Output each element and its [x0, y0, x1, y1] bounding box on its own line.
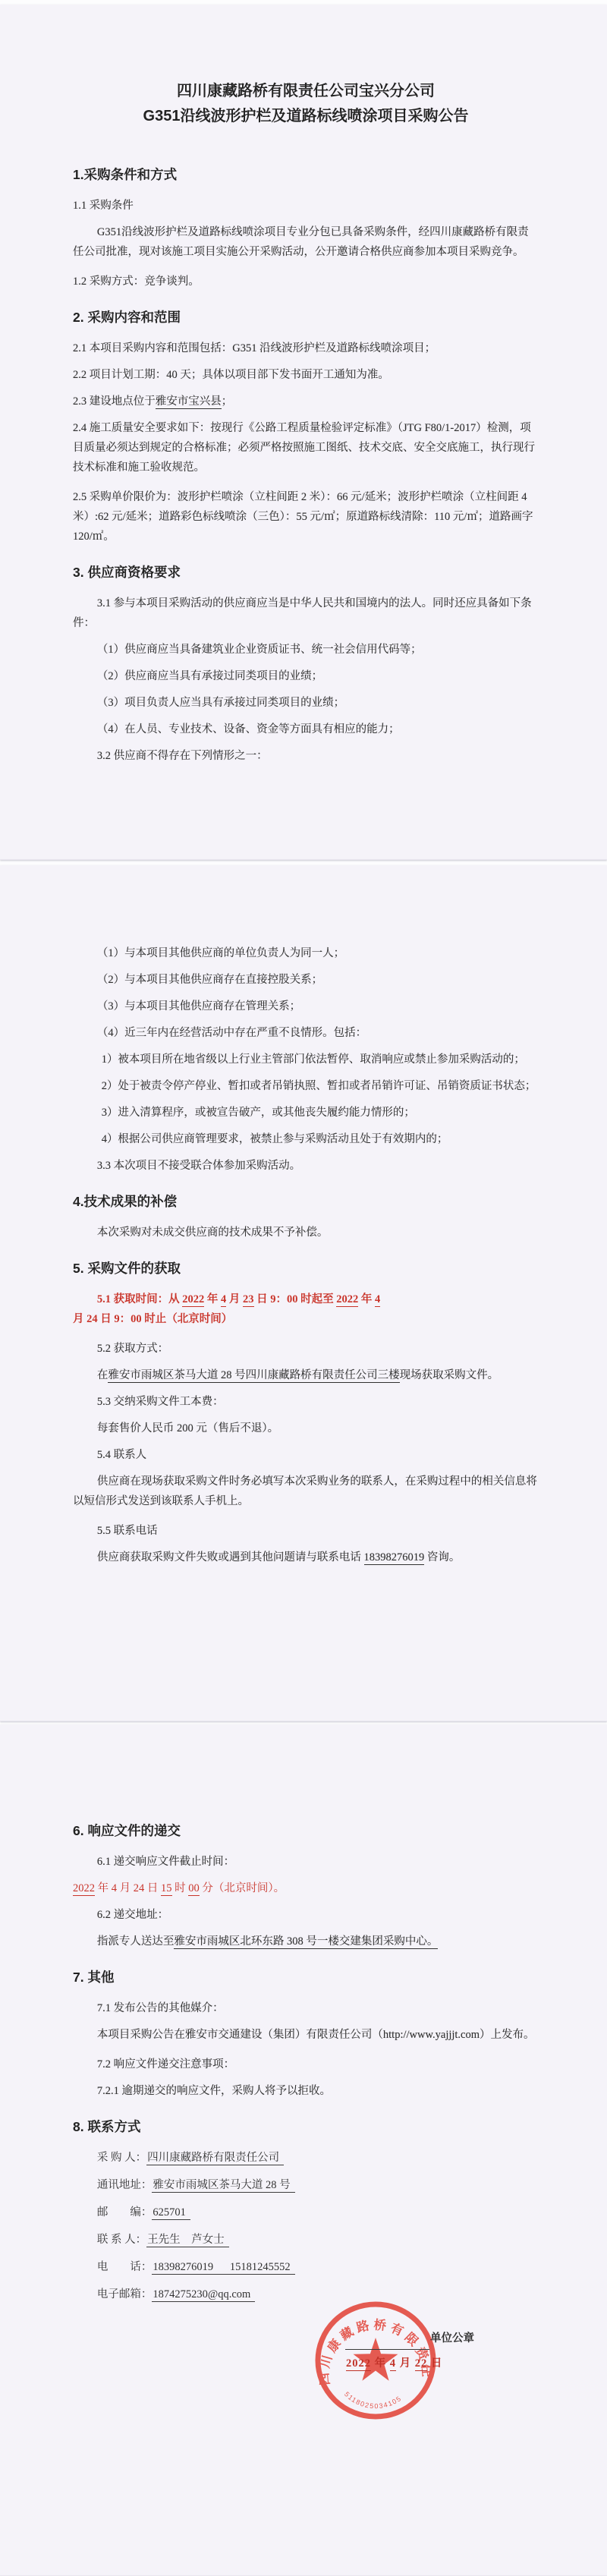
contact-buyer-label: 采 购 人：: [97, 2152, 146, 2164]
contact-phone-value: 18398276019 15181245552: [152, 2261, 294, 2275]
clause-3-2-item-1: （1）与本项目其他供应商的单位负责人为同一人；: [73, 943, 539, 963]
clause-6-1-deadline: 2022 年 4 月 24 日 15 时 00 分（北京时间）。: [73, 1878, 539, 1898]
clause-3-1-item-2: （2）供应商应当具有承接过同类项目的业绩；: [73, 666, 539, 686]
document-page-3: 6. 响应文件的递交 6.1 递交响应文件截止时间： 2022 年 4 月 24…: [0, 1724, 607, 2576]
section-7-heading: 7. 其他: [73, 1968, 539, 1986]
clause-3-2-item-3: （3）与本项目其他供应商存在管理关系；: [73, 997, 539, 1016]
clause-2-2: 2.2 项目计划工期：40 天；具体以项目部下发书面开工通知为准。: [73, 365, 539, 385]
document-page-2: （1）与本项目其他供应商的单位负责人为同一人； （2）与本项目其他供应商存在直接…: [0, 865, 607, 1721]
contact-address-value: 雅安市雨城区茶马大道 28 号: [152, 2179, 294, 2193]
clause-1-2: 1.2 采购方式：竞争谈判。: [73, 272, 539, 291]
clause-2-1: 2.1 本项目采购内容和范围包括：G351 沿线波形护栏及道路标线喷涂项目；: [73, 339, 539, 358]
contact-person-value: 王先生 芦女士: [146, 2234, 229, 2247]
contact-zipcode-label: 邮 编：: [97, 2206, 153, 2219]
clause-3-2-sub-2: 2）处于被责令停产停业、暂扣或者吊销执照、暂扣或者吊销许可证、吊销资质证书状态；: [73, 1076, 539, 1096]
clause-2-5: 2.5 采购单价限价为：波形护栏喷涂（立柱间距 2 米）：66 元/延米；波形护…: [73, 487, 539, 546]
section-2-heading: 2. 采购内容和范围: [73, 308, 539, 326]
contact-person-label: 联 系 人：: [97, 2234, 146, 2246]
clause-5-1: 5.1 获取时间：从 2022 年 4 月 23 日 9：00 时起至 2022…: [73, 1290, 539, 1329]
clause-3-2-item-4: （4）近三年内在经营活动中存在严重不良情形。包括：: [73, 1023, 539, 1043]
contact-person-row: 联 系 人：王先生 芦女士: [73, 2230, 539, 2250]
clause-5-4-body: 供应商在现场获取采购文件时务必填写本次采购业务的联系人，在采购过程中的相关信息将…: [73, 1472, 539, 1511]
clause-5-5-body: 供应商获取采购文件失败或遇到其他问题请与联系电话 18398276019 咨询。: [73, 1548, 539, 1567]
seal-caption: 单位公章: [430, 2329, 474, 2345]
section-4-heading: 4.技术成果的补偿: [73, 1192, 539, 1211]
clause-3-2-sub-3: 3）进入清算程序，或被宣告破产，或其他丧失履约能力情形的；: [73, 1103, 539, 1123]
section-8-heading: 8. 联系方式: [73, 2118, 539, 2136]
clause-3-2: 3.2 供应商不得存在下列情形之一：: [73, 746, 539, 766]
contact-address-row: 通讯地址：雅安市雨城区茶马大道 28 号: [73, 2175, 539, 2195]
contact-buyer-row: 采 购 人：四川康藏路桥有限责任公司: [73, 2148, 539, 2168]
seal-signature-line: [345, 2349, 429, 2350]
clause-5-2-body: 在雅安市雨城区茶马大道 28 号四川康藏路桥有限责任公司三楼现场获取采购文件。: [73, 1365, 539, 1385]
doc-title-line2: G351沿线波形护栏及道路标线喷涂项目采购公告: [73, 104, 539, 129]
contact-address-label: 通讯地址：: [97, 2179, 153, 2191]
clause-6-1-head: 6.1 递交响应文件截止时间：: [73, 1852, 539, 1872]
clause-7-1-body: 本项目采购公告在雅安市交通建设（集团）有限责任公司（http://www.yaj…: [73, 2025, 539, 2045]
clause-7-2-1: 7.2.1 逾期递交的响应文件，采购人将予以拒收。: [73, 2081, 539, 2101]
svg-text:5118025034105: 5118025034105: [343, 2390, 403, 2410]
clause-5-3-head: 5.3 交纳采购文件工本费：: [73, 1392, 539, 1412]
contact-email-label: 电子邮箱：: [97, 2288, 153, 2300]
contact-email-value: 1874275230@qq.com: [152, 2288, 255, 2302]
clause-3-1-item-3: （3）项目负责人应当具有承接过同类项目的业绩；: [73, 693, 539, 713]
clause-3-1-item-4: （4）在人员、专业技术、设备、资金等方面具有相应的能力；: [73, 720, 539, 739]
clause-5-2-head: 5.2 获取方式：: [73, 1339, 539, 1359]
contact-phone-row: 电 话：18398276019 15181245552: [73, 2257, 539, 2277]
clause-5-5-head: 5.5 联系电话: [73, 1521, 539, 1541]
clause-7-2-head: 7.2 响应文件递交注意事项：: [73, 2055, 539, 2074]
document-page-1: 四川康藏路桥有限责任公司宝兴分公司 G351沿线波形护栏及道路标线喷涂项目采购公…: [0, 5, 607, 860]
clause-3-2-sub-1: 1）被本项目所在地省级以上行业主管部门依法暂停、取消响应或禁止参加采购活动的；: [73, 1050, 539, 1069]
clause-6-2-body: 指派专人送达至雅安市雨城区北环东路 308 号一楼交建集团采购中心。: [73, 1932, 539, 1951]
contact-buyer-value: 四川康藏路桥有限责任公司: [146, 2152, 284, 2165]
contact-zipcode-value: 625701: [152, 2206, 190, 2220]
clause-2-4: 2.4 施工质量安全要求如下：按现行《公路工程质量检验评定标准》（JTG F80…: [73, 418, 539, 477]
section-5-heading: 5. 采购文件的获取: [73, 1259, 539, 1277]
section-3-heading: 3. 供应商资格要求: [73, 563, 539, 581]
section-6-heading: 6. 响应文件的递交: [73, 1822, 539, 1840]
clause-3-2-sub-4: 4）根据公司供应商管理要求，被禁止参与采购活动且处于有效期内的；: [73, 1129, 539, 1149]
seal-number-text: 5118025034105: [343, 2390, 403, 2410]
section-1-heading: 1.采购条件和方式: [73, 165, 539, 184]
doc-title-line1: 四川康藏路桥有限责任公司宝兴分公司: [73, 79, 539, 104]
clause-3-1: 3.1 参与本项目采购活动的供应商应当是中华人民共和国境内的法人。同时还应具备如…: [73, 594, 539, 633]
clause-3-1-item-1: （1）供应商应当具备建筑业企业资质证书、统一社会信用代码等；: [73, 640, 539, 660]
seal-date: 2022 年 4 月 22 日: [346, 2354, 442, 2370]
contact-email-row: 电子邮箱：1874275230@qq.com: [73, 2285, 539, 2304]
contact-phone-label: 电 话：: [97, 2261, 153, 2273]
clause-2-3: 2.3 建设地点位于雅安市宝兴县；: [73, 392, 539, 411]
clause-3-2-item-2: （2）与本项目其他供应商存在直接控股关系；: [73, 970, 539, 990]
clause-4-body: 本次采购对未成交供应商的技术成果不予补偿。: [73, 1223, 539, 1242]
clause-6-2-head: 6.2 递交地址：: [73, 1905, 539, 1925]
clause-5-3-body: 每套售价人民币 200 元（售后不退）。: [73, 1419, 539, 1438]
clause-3-3: 3.3 本次项目不接受联合体参加采购活动。: [73, 1156, 539, 1176]
clause-5-4-head: 5.4 联系人: [73, 1445, 539, 1465]
clause-1-1-body: G351沿线波形护栏及道路标线喷涂项目专业分包已具备采购条件，经四川康藏路桥有限…: [73, 222, 539, 262]
clause-1-1-head: 1.1 采购条件: [73, 196, 539, 216]
clause-7-1-head: 7.1 发布公告的其他媒介：: [73, 1998, 539, 2018]
contact-zipcode-row: 邮 编：625701: [73, 2203, 539, 2222]
